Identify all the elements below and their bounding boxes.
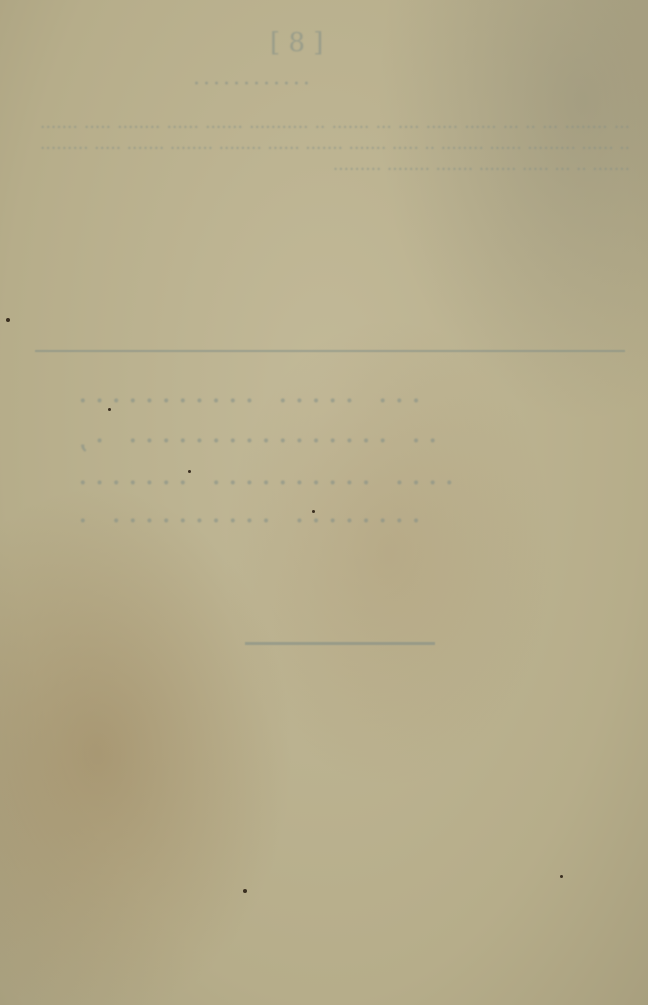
body-paragraph: ··· ········ ··· ·· ··· ······ ······ ··…	[40, 118, 630, 181]
paper-speck	[312, 510, 315, 513]
horizontal-rule	[35, 350, 625, 352]
page-number: [ 8 ]	[270, 28, 323, 58]
text-line: ·· ················ ·,	[70, 428, 437, 454]
paper-speck	[560, 875, 563, 878]
paper-speck	[188, 470, 191, 473]
text-line: ········ ·········· ·	[70, 508, 420, 534]
text-line: ··· ····· ···········	[70, 388, 420, 414]
section-heading: ············	[190, 72, 310, 97]
text-line: ···· ·········· ·······	[70, 470, 453, 496]
paper-speck	[243, 889, 247, 893]
short-rule	[245, 642, 435, 645]
document-page: [ 8 ] ············ ··· ········ ··· ·· ·…	[0, 0, 648, 1005]
paper-speck	[6, 318, 10, 322]
paper-speck	[108, 408, 111, 411]
